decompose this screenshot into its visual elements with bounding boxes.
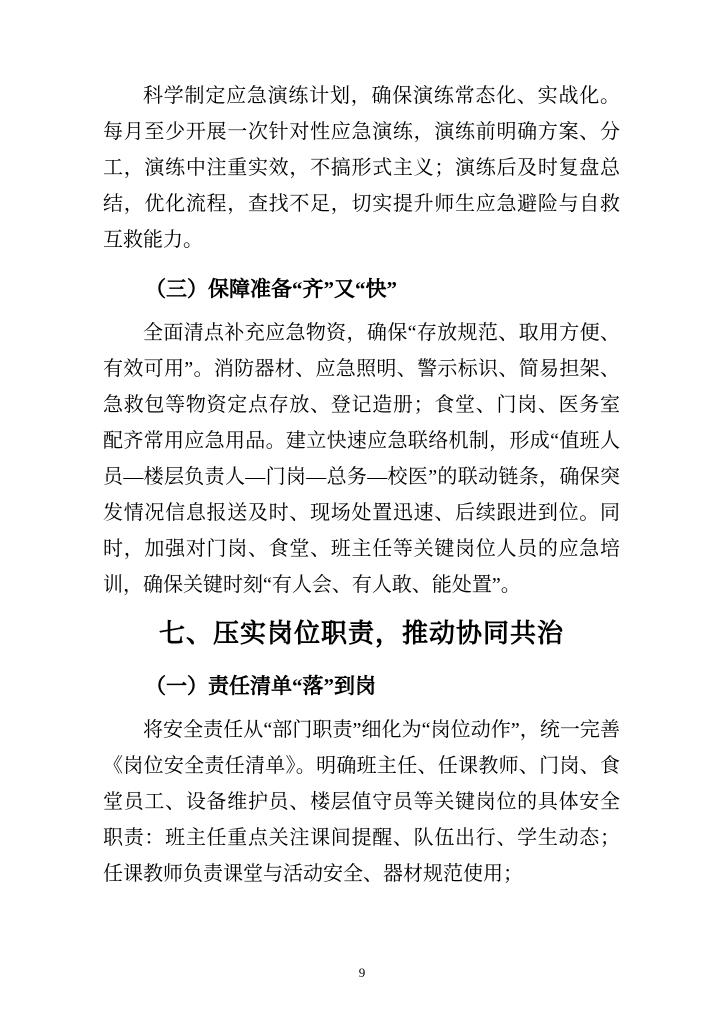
document-page: 科学制定应急演练计划，确保演练常态化、实战化。每月至少开展一次针对性应急演练，演…	[0, 0, 724, 1024]
page-number: 9	[0, 966, 724, 980]
document-body: 科学制定应急演练计划，确保演练常态化、实战化。每月至少开展一次针对性应急演练，演…	[103, 78, 620, 892]
heading-section-1-duty-list: （一）责任清单“落”到岗	[103, 668, 620, 704]
paragraph-supplies-network: 全面清点补充应急物资，确保“存放规范、取用方便、有效可用”。消防器材、应急照明、…	[103, 315, 620, 603]
chapter-heading-7: 七、压实岗位职责，推动协同共治	[103, 613, 620, 655]
paragraph-duty-list: 将安全责任从“部门职责”细化为“岗位动作”，统一完善《岗位安全责任清单》。明确班…	[103, 712, 620, 892]
heading-section-3-support: （三）保障准备“齐”又“快”	[103, 271, 620, 307]
paragraph-drill-plan: 科学制定应急演练计划，确保演练常态化、实战化。每月至少开展一次针对性应急演练，演…	[103, 78, 620, 258]
